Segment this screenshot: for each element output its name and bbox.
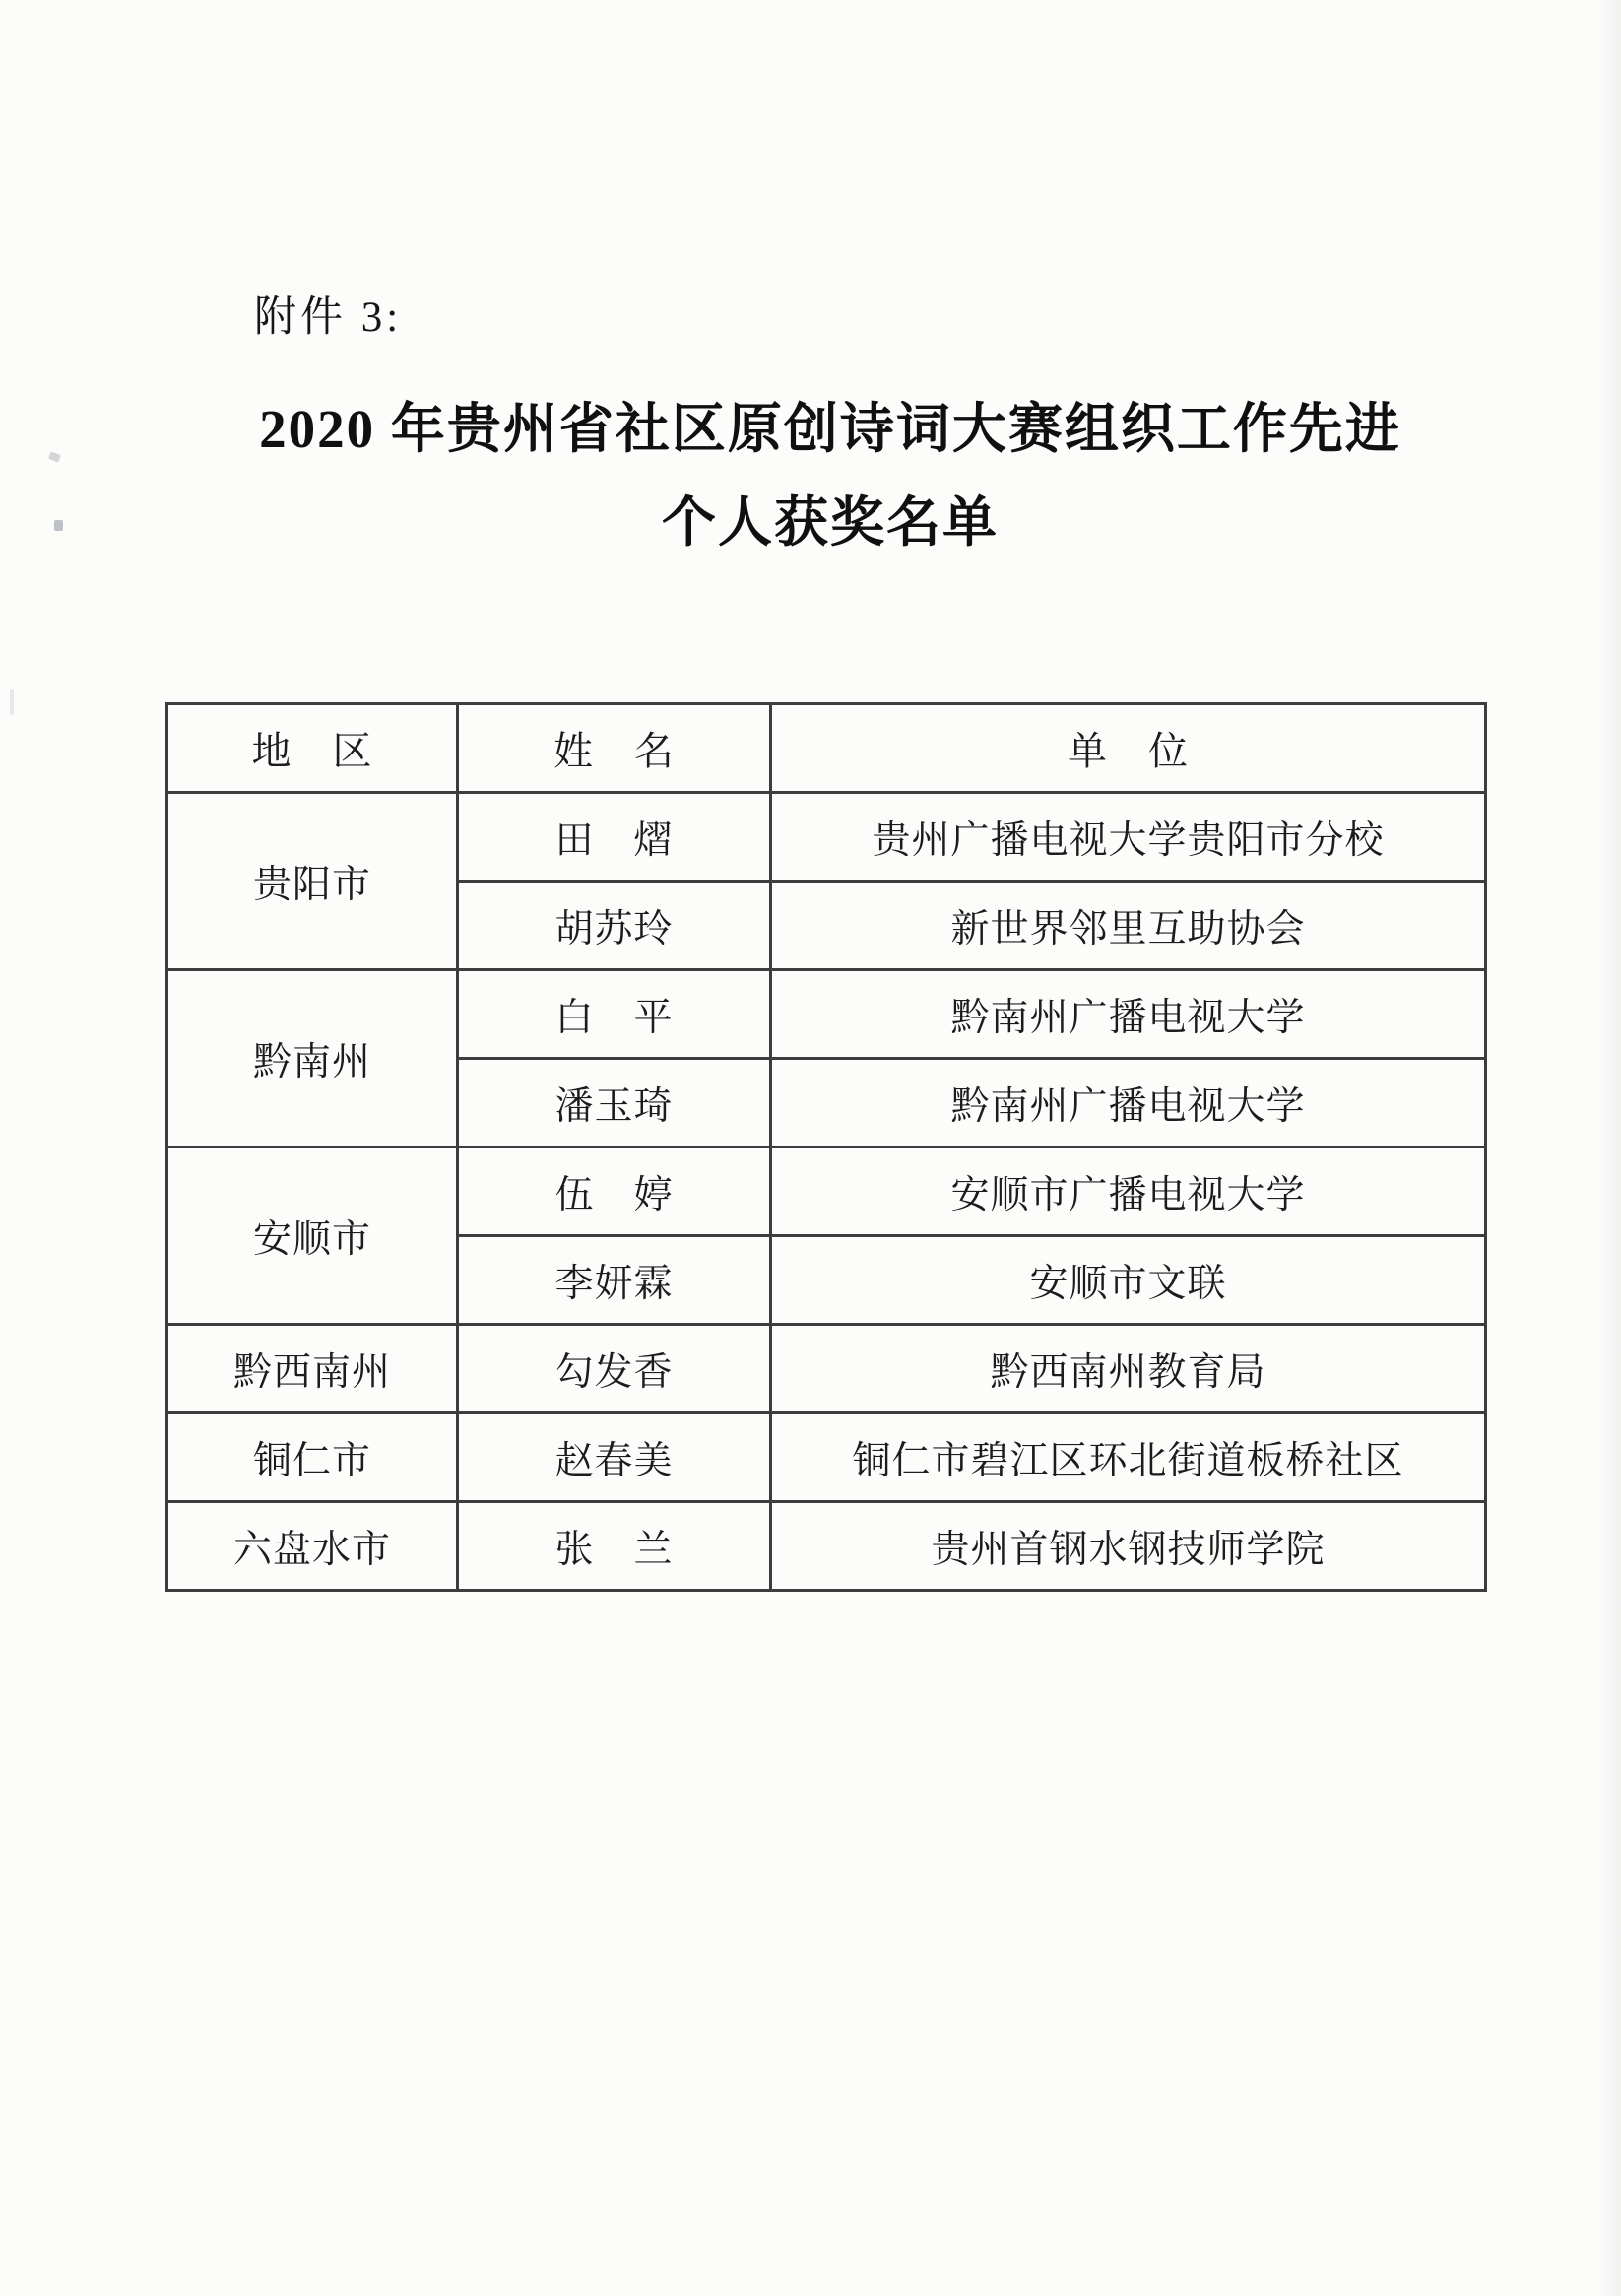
- name-cell: 潘玉琦: [458, 1059, 771, 1148]
- page-title-line-1: 2020 年贵州省社区原创诗词大赛组织工作先进: [39, 382, 1621, 476]
- name-cell: 赵春美: [458, 1413, 771, 1502]
- unit-cell: 新世界邻里互助协会: [771, 882, 1486, 970]
- column-header-unit: 单 位: [771, 704, 1486, 793]
- scan-artifact: [10, 689, 14, 715]
- table-row: 安顺市 伍 婷 安顺市广播电视大学: [167, 1148, 1486, 1236]
- region-cell: 六盘水市: [167, 1502, 458, 1591]
- attachment-label: 附件 3:: [254, 284, 402, 344]
- table-row: 贵阳市 田 熠 贵州广播电视大学贵阳市分校: [167, 793, 1486, 882]
- unit-cell: 黔南州广播电视大学: [771, 970, 1486, 1059]
- unit-cell: 贵州广播电视大学贵阳市分校: [771, 793, 1486, 882]
- table-row: 铜仁市 赵春美 铜仁市碧江区环北街道板桥社区: [167, 1413, 1486, 1502]
- name-cell: 田 熠: [458, 793, 771, 882]
- unit-cell: 安顺市广播电视大学: [771, 1148, 1486, 1236]
- unit-cell: 黔南州广播电视大学: [771, 1059, 1486, 1148]
- name-cell: 胡苏玲: [458, 882, 771, 970]
- name-cell: 白 平: [458, 970, 771, 1059]
- region-cell: 贵阳市: [167, 793, 458, 970]
- table-header-row: 地 区 姓 名 单 位: [167, 704, 1486, 793]
- column-header-name: 姓 名: [458, 704, 771, 793]
- column-header-region: 地 区: [167, 704, 458, 793]
- name-cell: 伍 婷: [458, 1148, 771, 1236]
- region-cell: 安顺市: [167, 1148, 458, 1325]
- region-cell: 铜仁市: [167, 1413, 458, 1502]
- document-page: 附件 3: 2020 年贵州省社区原创诗词大赛组织工作先进 个人获奖名单 地 区…: [0, 0, 1621, 2296]
- name-cell: 李妍霖: [458, 1236, 771, 1325]
- scan-edge-shadow: [1595, 0, 1621, 2296]
- unit-cell: 安顺市文联: [771, 1236, 1486, 1325]
- name-cell: 张 兰: [458, 1502, 771, 1591]
- award-table: 地 区 姓 名 单 位 贵阳市 田 熠 贵州广播电视大学贵阳市分校 胡苏玲 新世…: [165, 702, 1487, 1592]
- region-cell: 黔南州: [167, 970, 458, 1148]
- unit-cell: 黔西南州教育局: [771, 1325, 1486, 1413]
- table-row: 六盘水市 张 兰 贵州首钢水钢技师学院: [167, 1502, 1486, 1591]
- unit-cell: 铜仁市碧江区环北街道板桥社区: [771, 1413, 1486, 1502]
- page-title-line-2: 个人获奖名单: [39, 476, 1621, 569]
- table-row: 黔南州 白 平 黔南州广播电视大学: [167, 970, 1486, 1059]
- page-title: 2020 年贵州省社区原创诗词大赛组织工作先进 个人获奖名单: [39, 382, 1621, 569]
- name-cell: 勾发香: [458, 1325, 771, 1413]
- region-cell: 黔西南州: [167, 1325, 458, 1413]
- unit-cell: 贵州首钢水钢技师学院: [771, 1502, 1486, 1591]
- table-row: 黔西南州 勾发香 黔西南州教育局: [167, 1325, 1486, 1413]
